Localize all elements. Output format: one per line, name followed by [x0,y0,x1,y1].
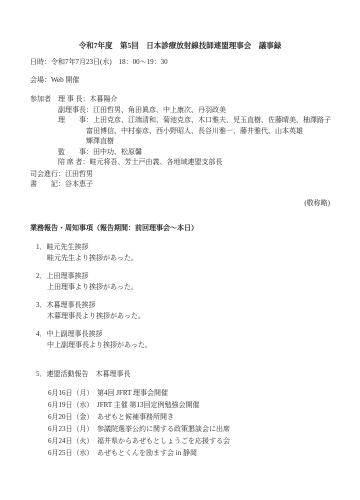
activity-log-entry: 6月16日（月） 第4回 JFRT 理事会開催 [48,387,330,399]
activity-log-entry: 6月19日（水） JFRT 主催 第13回定例勉強会開催 [48,399,330,411]
agenda-item-2-number: 2． [36,271,47,282]
agenda-item-3: 3．木暮理事長挨拶 木暮理事長より挨拶があった。 [30,300,330,322]
agenda-item-2-title: 2．上田理事挨拶 [36,271,330,282]
participants-row-observers: 陪 席 者：畦元将吾、芳土戸由義、各地域連盟支部長 [58,157,330,168]
section-heading-business-report: 業務報告・周知事項（報告期間：前回理事会～本日） [30,223,330,234]
agenda-item-1: 1．畦元先生挨拶 畦元先生より挨拶があった。 [30,242,330,264]
agenda-item-5-title: 5．連盟活動報告 木暮理事長 [36,369,330,380]
participants-chairman-text: 理 事 長：木暮陽介 [58,95,118,103]
participants-row-chairman: 参加者理 事 長：木暮陽介 [30,94,330,105]
secretary-line: 書 記：谷本恵子 [30,179,330,190]
agenda-item-4-number: 4． [36,329,47,340]
agenda-item-3-title-text: 木暮理事長挨拶 [47,301,96,309]
agenda-item-1-number: 1． [36,242,47,253]
minutes-document-page: 令和7年度 第5回 日本診療放射線技師連盟理事会 議事録 日時：令和7年7月23… [0,0,360,500]
activity-log-entry: 6月24日（火） 福井県からあぜもとしょうごを応援する会 [48,435,330,447]
agenda-item-4-title: 4．中上副理事長挨拶 [36,329,330,340]
agenda-item-4: 4．中上副理事長挨拶 中上副理事長より挨拶があった。 [30,329,330,351]
moderator-line: 司会進行：江田哲男 [30,169,330,180]
venue-line: 会場：Web 開催 [30,76,330,85]
agenda-item-2: 2．上田理事挨拶 上田理事より挨拶があった。 [30,271,330,293]
participants-label: 参加者 [30,94,58,105]
activity-log-entry: 6月23日（月） 参議院選挙公約に関する政策懇談会に出席 [48,423,330,435]
participants-row-vice-chairmen: 副理事長：江田哲男、角田眞彦、中上康次、丹羽政美 [58,105,330,116]
agenda-item-2-body: 上田理事より挨拶があった。 [47,282,330,293]
agenda-item-1-body: 畦元先生より挨拶があった。 [47,253,330,264]
page-title: 令和7年度 第5回 日本診療放射線技師連盟理事会 議事録 [30,41,330,50]
participants-row-directors: 理 事：上田克彦、江端清和、菊池克彦、木口雅夫、児玉直樹、佐藤晴美、柚澤路子 [58,115,330,126]
participants-row-directors-cont: 富田博信、中村泰彦、西小野昭人、長谷川雅一、藤井雅代、山本英雄 [86,126,330,137]
agenda-item-5: 5．連盟活動報告 木暮理事長 6月16日（月） 第4回 JFRT 理事会開催 6… [30,369,330,459]
participants-row-auditors: 監 事：田中功、松原馨 [58,147,330,158]
agenda-item-3-body: 木暮理事長より挨拶があった。 [47,311,330,322]
agenda-item-5-title-text: 連盟活動報告 木暮理事長 [47,370,131,378]
agenda-item-3-title: 3．木暮理事長挨拶 [36,300,330,311]
activity-log-entry: 6月25日（水） あぜもとくんを励ます会 in 静岡 [48,447,330,459]
agenda-item-2-title-text: 上田理事挨拶 [47,272,89,280]
agenda-item-3-number: 3． [36,300,47,311]
participants-block: 参加者理 事 長：木暮陽介 副理事長：江田哲男、角田眞彦、中上康次、丹羽政美 理… [30,94,330,168]
agenda-item-5-number: 5． [36,369,47,380]
participants-row-directors-cont2: 輝澤直樹 [86,136,330,147]
agenda-item-4-title-text: 中上副理事長挨拶 [47,330,103,338]
datetime-line: 日時：令和7年7月23日(水) 18：00～19：30 [30,58,330,67]
agenda-item-1-title: 1．畦元先生挨拶 [36,242,330,253]
activity-log-entry: 6月20日（金） あぜもと候補事務所開き [48,411,330,423]
agenda-item-4-body: 中上副理事長より挨拶があった。 [47,340,330,351]
agenda-item-1-title-text: 畦元先生挨拶 [47,243,89,251]
honorific-note: (敬称略) [30,198,330,209]
